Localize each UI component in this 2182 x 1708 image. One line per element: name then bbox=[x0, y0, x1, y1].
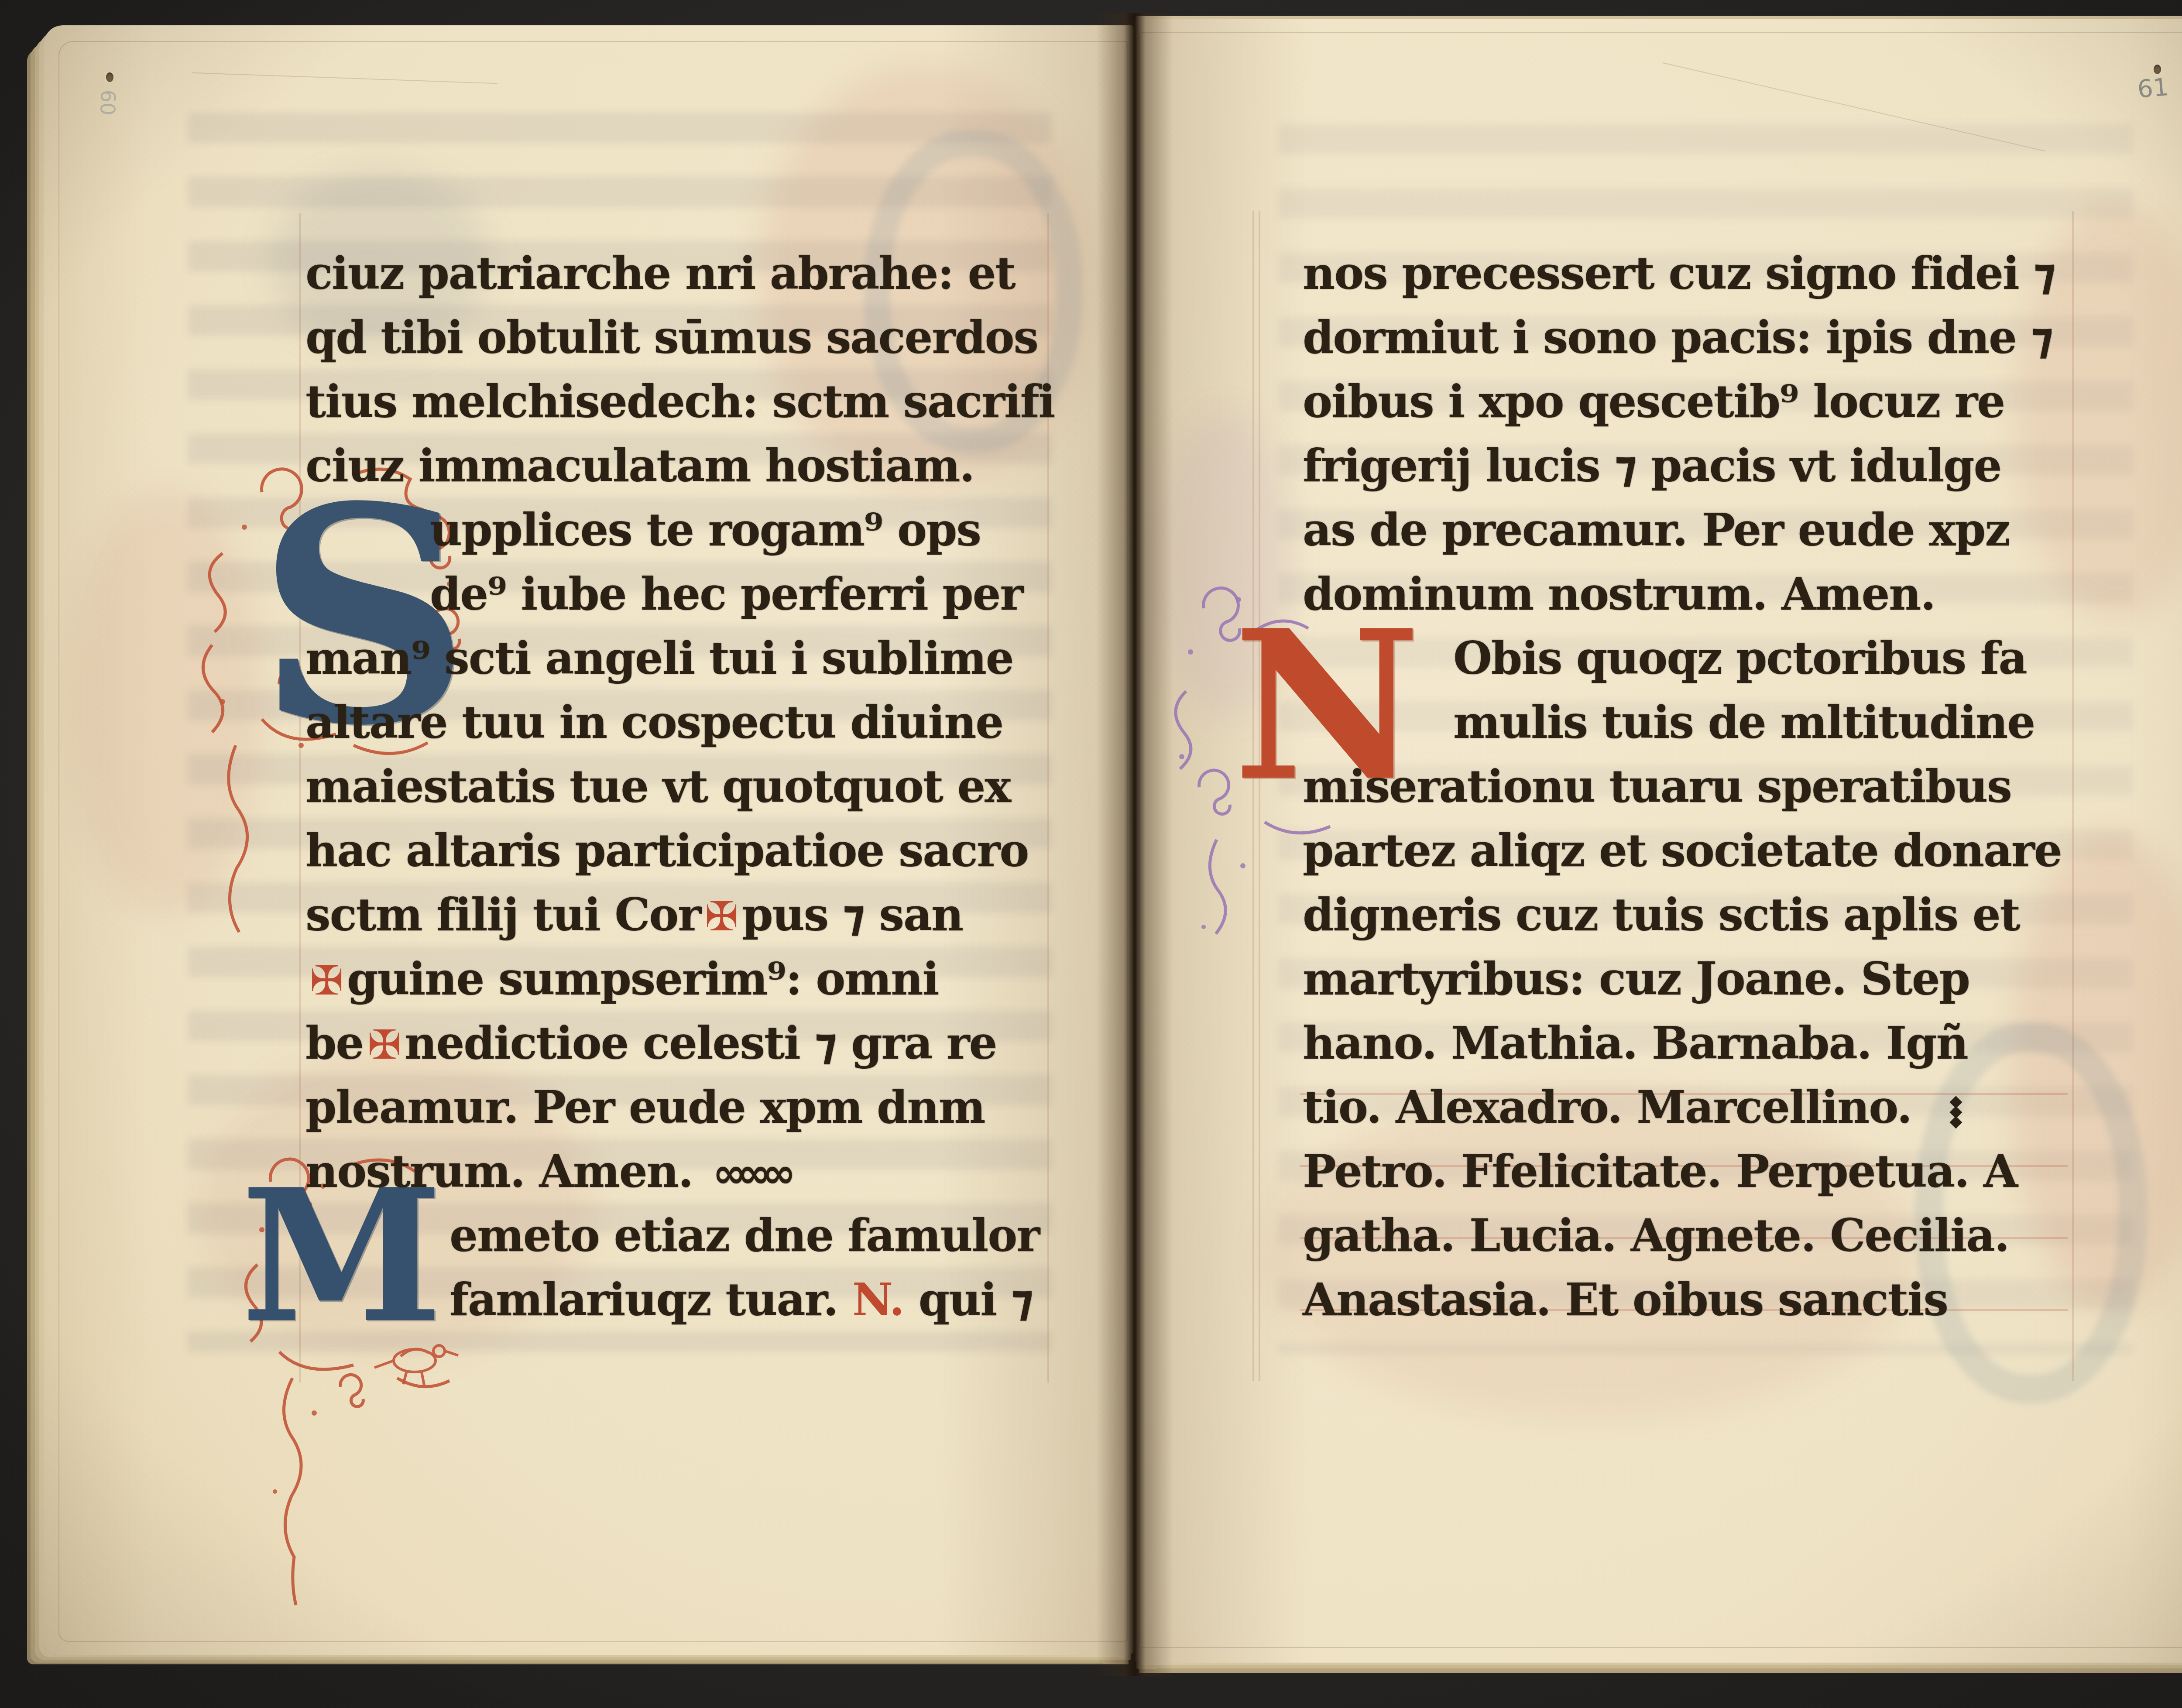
text-line: famlariuqz tuar. N. qui ⁊ bbox=[305, 1267, 1065, 1331]
text-line: Anastasia. Et oibus sanctis bbox=[1303, 1267, 2075, 1331]
text-line: as de precamur. Per eude xpz bbox=[1303, 497, 2075, 562]
text-line: gatha. Lucia. Agnete. Cecilia. bbox=[1303, 1203, 2075, 1267]
right-page: N nos precessert cuz signo fidei ⁊ dormi… bbox=[1134, 19, 2182, 1663]
text-line: altare tuu in cospectu diuine bbox=[305, 690, 1065, 754]
text-line: mulis tuis de mltitudine bbox=[1303, 690, 2075, 754]
text-line: de⁹ iube hec perferri per bbox=[305, 562, 1065, 626]
text-line: nostrum. Amen.∞∞∞ bbox=[305, 1139, 1065, 1203]
text-line: tius melchisedech: sctm sacrifi bbox=[305, 369, 1065, 433]
text-block: nos precessert cuz signo fidei ⁊ dormiut… bbox=[1303, 241, 2075, 1331]
text-line: ciuz immaculatam hostiam. bbox=[305, 433, 1065, 497]
text-line: qd tibi obtulit sūmus sacerdos bbox=[305, 305, 1065, 369]
text-line: oibus i xpo qescetib⁹ locuz re bbox=[1303, 369, 2075, 433]
consecration-cross-icon: ✠ bbox=[363, 1022, 405, 1068]
diamond-line-filler: ◆◆◆ bbox=[1925, 1096, 1990, 1127]
text-line: pleamur. Per eude xpm dnm bbox=[305, 1075, 1065, 1139]
text-line: Obis quoqz pctoribus fa bbox=[1303, 626, 2075, 690]
line-segment: sctm filij tui Cor bbox=[305, 889, 700, 941]
line-segment: nedictioe celesti ⁊ gra re bbox=[405, 1017, 996, 1070]
text-line: be✠nedictioe celesti ⁊ gra re bbox=[305, 1011, 1065, 1075]
text-line: martyribus: cuz Joane. Step bbox=[1303, 947, 2075, 1011]
parchment-crease bbox=[192, 72, 497, 84]
line-segment: pus ⁊ san bbox=[742, 889, 963, 941]
line-segment: qui ⁊ bbox=[904, 1274, 1033, 1326]
pencil-folio-number-right: 61 bbox=[2136, 73, 2170, 104]
text-line: emeto etiaz dne famulor bbox=[305, 1203, 1065, 1267]
line-segment: guine sumpserim⁹: omni bbox=[347, 953, 938, 1005]
text-line: nos precessert cuz signo fidei ⁊ bbox=[1303, 241, 2075, 305]
line-segment: nostrum. Amen. bbox=[305, 1146, 693, 1198]
text-line: sctm filij tui Cor✠pus ⁊ san bbox=[305, 882, 1065, 947]
text-line: dominum nostrum. Amen. bbox=[1303, 562, 2075, 626]
knotwork-line-filler: ∞∞∞ bbox=[693, 1150, 787, 1197]
text-line: upplices te rogam⁹ ops bbox=[305, 497, 1065, 562]
text-line: hano. Mathia. Barnaba. Igñ bbox=[1303, 1011, 2075, 1075]
left-page: S M ciuz patriarche nri abrahe: et qd bbox=[44, 25, 1134, 1655]
parchment-pinhole bbox=[106, 72, 113, 82]
text-block: ciuz patriarche nri abrahe: et qd tibi o… bbox=[305, 241, 1065, 1331]
line-segment: be bbox=[305, 1017, 363, 1070]
line-segment: tio. Alexadro. Marcellino. bbox=[1303, 1081, 1911, 1134]
consecration-cross-icon: ✠ bbox=[305, 957, 347, 1004]
parchment-crease bbox=[1662, 62, 2045, 151]
pencil-folio-number-left: 60 bbox=[96, 89, 120, 116]
text-line: hac altaris participatioe sacro bbox=[305, 818, 1065, 882]
text-line: ciuz patriarche nri abrahe: et bbox=[305, 241, 1065, 305]
consecration-cross-icon: ✠ bbox=[700, 893, 742, 940]
parchment-pinhole bbox=[2154, 65, 2161, 74]
text-line: frigerij lucis ⁊ pacis vt idulge bbox=[1303, 433, 2075, 497]
rubric-name-placeholder: N. bbox=[852, 1274, 904, 1326]
text-line: partez aliqz et societate donare bbox=[1303, 818, 2075, 882]
text-line: maiestatis tue vt quotquot ex bbox=[305, 754, 1065, 818]
text-line: digneris cuz tuis sctis aplis et bbox=[1303, 882, 2075, 947]
text-line: dormiut i sono pacis: ipis dne ⁊ bbox=[1303, 305, 2075, 369]
text-line: tio. Alexadro. Marcellino.◆◆◆ bbox=[1303, 1075, 2075, 1139]
manuscript-photo: { "colors": { "background": "#2b2927", "… bbox=[0, 0, 2182, 1708]
text-line: miserationu tuaru speratibus bbox=[1303, 754, 2075, 818]
text-line: Petro. Ffelicitate. Perpetua. A bbox=[1303, 1139, 2075, 1203]
line-segment: famlariuqz tuar. bbox=[449, 1274, 852, 1326]
text-line: man⁹ scti angeli tui i sublime bbox=[305, 626, 1065, 690]
text-line: ✠guine sumpserim⁹: omni bbox=[305, 947, 1065, 1011]
